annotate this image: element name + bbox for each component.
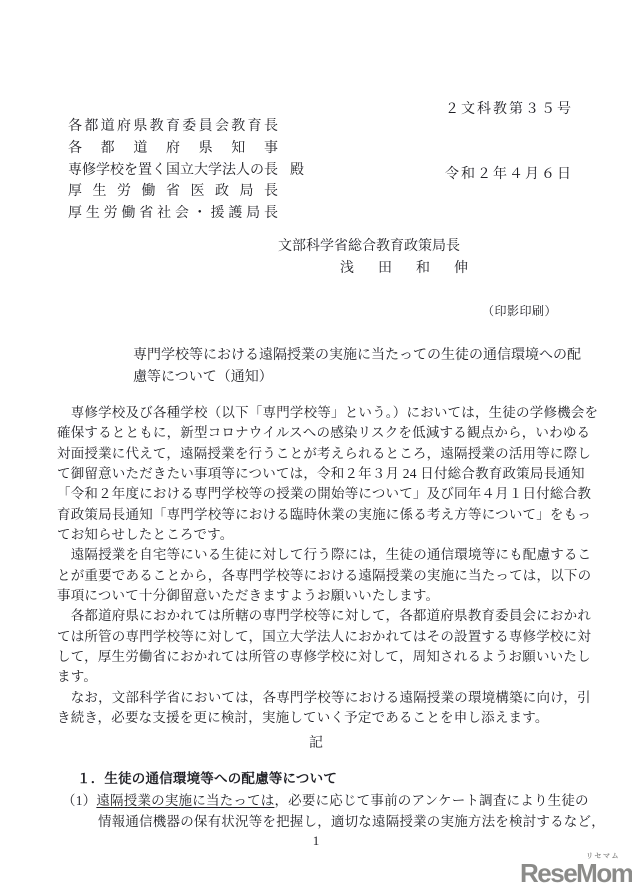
char: 援: [211, 203, 225, 225]
record-marker: 記: [0, 732, 632, 752]
page-number: 1: [0, 833, 632, 849]
char: 国: [166, 160, 180, 182]
char: 道: [133, 138, 147, 160]
body-line: 各都道府県におかれては所轄の専門学校等に対して，各都道府県教育委員会におかれ: [57, 606, 581, 626]
char: 学: [208, 160, 222, 182]
char: 育: [166, 116, 180, 138]
char: 委: [182, 116, 196, 138]
seal-print-note: （印影印刷）: [482, 302, 557, 319]
char: 長: [264, 160, 278, 182]
char: 省: [139, 203, 153, 225]
char: 局: [240, 181, 254, 203]
char: 県: [133, 116, 147, 138]
section-heading: １．生徒の通信環境等への配慮等について: [77, 768, 605, 790]
char: 府: [117, 116, 131, 138]
char: 員: [199, 116, 213, 138]
document-date: 令和２年４月６日: [445, 164, 573, 186]
document-page: ２文科教第３５号 令和２年４月６日 各都道府県教育委員会教育長各都道府県知事専修…: [0, 0, 632, 896]
item-text: ，必要に応じて事前のアンケート調査により生徒の: [274, 793, 588, 808]
char: 立: [180, 160, 194, 182]
section-item-1-continued: 情報通信機器の保有状況等を把握し，適切な遠隔授業の実施方法を検討するなど，: [98, 811, 605, 833]
char: 労: [117, 181, 131, 203]
char: 各: [68, 138, 82, 160]
char: 省: [166, 181, 180, 203]
recipient-line: 各都道府県知事: [68, 138, 278, 160]
recipient-honorific: 殿: [290, 159, 304, 179]
recipient-line: 各都道府県教育委員会教育長: [68, 116, 278, 138]
char: の: [250, 160, 264, 182]
char: 都: [101, 138, 115, 160]
body-line: なお，文部科学省においては，各専門学校等における遠隔授業の環境構築に向け，引: [57, 688, 581, 708]
char: 都: [84, 116, 98, 138]
char: 生: [93, 181, 107, 203]
char: 各: [68, 116, 82, 138]
char: 県: [199, 138, 213, 160]
subject-line: 専門学校等における遠隔授業の実施に当たっての生徒の通信環境への配: [133, 345, 581, 367]
sender-name: 浅田和伸: [340, 258, 468, 280]
subject-line: 慮等について（通知）: [133, 367, 581, 389]
char: 教: [150, 116, 164, 138]
char: 護: [228, 203, 242, 225]
char: 生: [86, 203, 100, 225]
recipient-block: 各都道府県教育委員会教育長各都道府県知事専修学校を置く国立大学法人の長厚生労働省…: [68, 116, 278, 225]
body-line: して，厚生労働省におかれては所管の専修学校に対して，周知されるようお願いいたし: [57, 647, 581, 667]
logo-text: ReseMom.: [520, 858, 632, 888]
char: 知: [231, 138, 245, 160]
char: 厚: [68, 181, 82, 203]
body-text: 専修学校及び各種学校（以下「専門学校等」という。）においては，生徒の学修機会を確…: [57, 403, 581, 729]
body-line: てお知らせしたところです。: [57, 525, 581, 545]
char: を: [124, 160, 138, 182]
body-line: 遠隔授業を自宅等にいる生徒に対して行う際には，生徒の通信環境等にも配慮するこ: [57, 545, 581, 565]
char: 厚: [68, 203, 82, 225]
char: 働: [121, 203, 135, 225]
char: 長: [264, 203, 278, 225]
body-line: 「令和２年度における専門学校等の授業の開始等について」及び同年４月１日付総合教: [57, 484, 581, 504]
char: 浅: [340, 258, 354, 280]
char: 教: [231, 116, 245, 138]
sender-title: 文部科学省総合教育政策局長: [278, 236, 468, 258]
body-line: 対面授業に代えて，遠隔授業を行うことが考えられるところ，遠隔授業の活用等に際し: [57, 444, 581, 464]
body-line: 育政策局長通知「専門学校等における臨時休業の実施に係る考え方等について」をもっ: [57, 505, 581, 525]
char: 置: [138, 160, 152, 182]
char: 伸: [454, 258, 468, 280]
subject-title: 専門学校等における遠隔授業の実施に当たっての生徒の通信環境への配 慮等について（…: [133, 345, 581, 388]
resemom-logo: リセマム ReseMom.: [520, 852, 630, 887]
document-number: ２文科教第３５号: [445, 99, 573, 121]
document-meta: ２文科教第３５号 令和２年４月６日: [445, 56, 573, 228]
body-line: ては所管の専門学校等に対して，国立大学法人におかれてはその設置する専修学校に対: [57, 627, 581, 647]
char: 局: [246, 203, 260, 225]
body-line: て御留意いただきたい事項等については，令和２年３月 24 日付総合教育政策局長通…: [57, 464, 581, 484]
char: 人: [236, 160, 250, 182]
char: ・: [193, 203, 207, 225]
body-line: ます。: [57, 667, 581, 687]
recipient-line: 厚生労働省社会・援護局長: [68, 203, 278, 225]
char: 長: [264, 116, 278, 138]
char: 労: [104, 203, 118, 225]
char: 専: [68, 160, 82, 182]
char: 学: [96, 160, 110, 182]
item-underlined-text: 遠隔授業の実施に当たっては: [96, 793, 274, 808]
body-line: 専修学校及び各種学校（以下「専門学校等」という。）においては，生徒の学修機会を: [57, 403, 581, 423]
body-line: とが重要であることから，各専門学校等における遠隔授業の実施に当たっては，以下の: [57, 566, 581, 586]
body-line: 確保するとともに，新型コロナウイルスへの感染リスクを低減する観点から，いわゆる: [57, 423, 581, 443]
char: 和: [416, 258, 430, 280]
sender-block: 文部科学省総合教育政策局長 浅田和伸: [278, 236, 468, 279]
recipient-line: 専修学校を置く国立大学法人の長: [68, 160, 278, 182]
char: 会: [215, 116, 229, 138]
section-item-1: （1）遠隔授業の実施に当たっては，必要に応じて事前のアンケート調査により生徒の: [62, 790, 605, 812]
char: 田: [378, 258, 392, 280]
char: 事: [264, 138, 278, 160]
char: く: [152, 160, 166, 182]
char: 長: [264, 181, 278, 203]
recipient-line: 厚生労働省医政局長: [68, 181, 278, 203]
char: 道: [101, 116, 115, 138]
char: 医: [191, 181, 205, 203]
char: 校: [110, 160, 124, 182]
char: 大: [194, 160, 208, 182]
item-number: （1）: [62, 793, 96, 808]
body-line: 事項について十分御留意いただきますようお願いいたします。: [57, 586, 581, 606]
body-line: き続き，必要な支援を更に検討，実施していく予定であることを申し添えます。: [57, 708, 581, 728]
char: 働: [142, 181, 156, 203]
char: 社: [157, 203, 171, 225]
char: 法: [222, 160, 236, 182]
char: 府: [166, 138, 180, 160]
char: 政: [215, 181, 229, 203]
char: 会: [175, 203, 189, 225]
section-1: １．生徒の通信環境等への配慮等について （1）遠隔授業の実施に当たっては，必要に…: [57, 768, 605, 833]
char: 育: [248, 116, 262, 138]
char: 修: [82, 160, 96, 182]
